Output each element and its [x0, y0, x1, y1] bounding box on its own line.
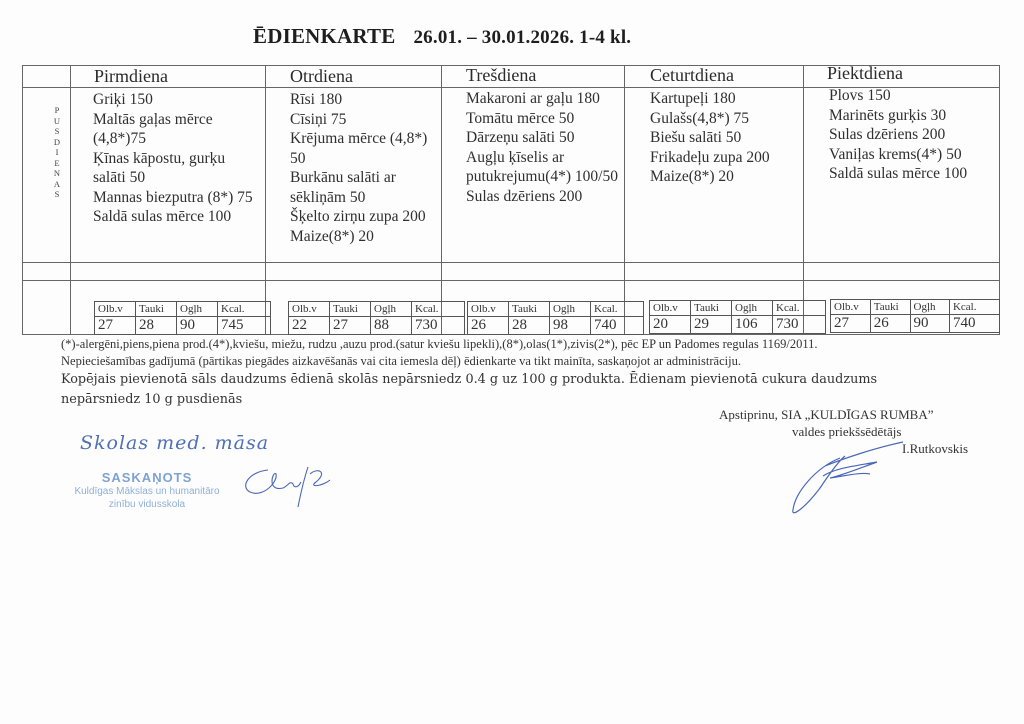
stamp-title: SASKAŅOTS: [52, 470, 242, 485]
menu-item: Sulas dzēriens 200: [829, 125, 967, 145]
stamp-school-line2: zinību vidusskola: [52, 498, 242, 511]
handwritten-nurse-note: Skolas med. māsa: [80, 432, 269, 454]
menu-item: Cīsiņi 75: [290, 110, 427, 130]
menu-item: Saldā sulas mērce 100: [93, 207, 253, 227]
menu-item: Šķelto zirņu zupa 200: [290, 207, 427, 227]
nutrition-header-oglh: Ogļh: [910, 300, 949, 315]
menu-item: Griķi 150: [93, 90, 253, 110]
menu-item: Sulas dzēriens 200: [466, 187, 618, 207]
nutrition-value-tauki: 26: [870, 315, 910, 333]
menu-item: salāti 50: [93, 168, 253, 188]
nutrition-value-kcal: 740: [949, 315, 999, 333]
nutrition-header-tauki: Tauki: [870, 300, 910, 315]
nutrition-value-tauki: 27: [330, 317, 371, 335]
menu-table: PUSDIENAS Pirmdiena Otrdiena Trešdiena C…: [22, 65, 1000, 335]
menu-item: Burkānu salāti ar: [290, 168, 427, 188]
meal-label-letter: S: [52, 189, 62, 200]
table-border-right: [999, 65, 1000, 335]
menu-item: Dārzeņu salāti 50: [466, 128, 618, 148]
nutrition-value-olb: 27: [95, 317, 136, 335]
table-col-divider: [803, 65, 804, 335]
menu-item: Maltās gaļas mērce: [93, 110, 253, 130]
menu-item: Frikadeļu zupa 200: [650, 148, 770, 168]
menu-item: Saldā sulas mērce 100: [829, 164, 967, 184]
nutrition-value-olb: 26: [468, 317, 509, 335]
menu-item: Rīsi 180: [290, 90, 427, 110]
table-col-divider: [441, 65, 442, 335]
nutrition-value-kcal: 730: [773, 316, 826, 334]
nutrition-table-tuesday: Olb.vTaukiOgļhKcal.222788730: [288, 301, 465, 335]
change-note: Nepieciešamības gadījumā (pārtikas piegā…: [61, 353, 877, 370]
menu-item: Kartupeļi 180: [650, 89, 770, 109]
nutrition-value-kcal: 745: [218, 317, 271, 335]
meal-label-letter: S: [52, 126, 62, 137]
nutrition-table-thursday: Olb.vTaukiOgļhKcal.2029106730: [649, 300, 826, 334]
day-items-tuesday: Rīsi 180Cīsiņi 75Krējuma mērce (4,8*)50B…: [290, 90, 427, 246]
day-items-friday: Plovs 150Marinēts gurķis 30Sulas dzērien…: [829, 86, 967, 184]
menu-item: Gulašs(4,8*) 75: [650, 109, 770, 129]
menu-item: Augļu ķīselis ar: [466, 148, 618, 168]
meal-label-letter: P: [52, 105, 62, 116]
stamp-school-line1: Kuldīgas Mākslas un humanitāro: [52, 485, 242, 498]
nutrition-table-monday: Olb.vTaukiOgļhKcal.272890745: [94, 301, 271, 335]
menu-item: (4,8*)75: [93, 129, 253, 149]
meal-label-letter: U: [52, 116, 62, 127]
nutrition-value-olb: 22: [289, 317, 330, 335]
day-items-thursday: Kartupeļi 180Gulašs(4,8*) 75Biešu salāti…: [650, 89, 770, 187]
nutrition-table-wednesday: Olb.vTaukiOgļhKcal.262898740: [467, 301, 644, 335]
nutrition-value-olb: 20: [650, 316, 691, 334]
nutrition-header-oglh: Ogļh: [550, 302, 591, 317]
menu-item: sēkliņām 50: [290, 188, 427, 208]
document-title: ĒDIENKARTE26.01. – 30.01.2026. 1-4 kl.: [253, 24, 631, 49]
menu-item: Marinēts gurķis 30: [829, 106, 967, 126]
nutrition-value-tauki: 28: [509, 317, 550, 335]
nutrition-value-tauki: 28: [136, 317, 177, 335]
table-col-divider: [624, 65, 625, 335]
menu-item: Makaroni ar gaļu 180: [466, 89, 618, 109]
nutrition-header-olb: Olb.v: [831, 300, 871, 315]
meal-label-letter: D: [52, 137, 62, 148]
table-row-divider: [22, 262, 1000, 263]
menu-item: Ķīnas kāpostu, gurķu: [93, 149, 253, 169]
meal-label-letter: A: [52, 179, 62, 190]
nutrition-value-oglh: 88: [371, 317, 412, 335]
day-header-wednesday: Trešdiena: [466, 65, 536, 86]
table-border-left: [22, 65, 23, 335]
nutrition-header-tauki: Tauki: [330, 302, 371, 317]
nutrition-header-kcal: Kcal.: [591, 302, 644, 317]
table-col-divider: [265, 65, 266, 335]
nutrition-header-tauki: Tauki: [691, 301, 732, 316]
menu-item: Biešu salāti 50: [650, 128, 770, 148]
footnotes: (*)-alergēni,piens,piena prod.(4*),kvieš…: [61, 336, 877, 410]
title-text: ĒDIENKARTE: [253, 24, 395, 48]
meal-label-letter: N: [52, 168, 62, 179]
day-items-monday: Griķi 150Maltās gaļas mērce(4,8*)75Ķīnas…: [93, 90, 253, 227]
menu-item: 50: [290, 149, 427, 169]
nutrition-header-olb: Olb.v: [289, 302, 330, 317]
nutrition-header-oglh: Ogļh: [732, 301, 773, 316]
nutrition-header-kcal: Kcal.: [773, 301, 826, 316]
nutrition-header-olb: Olb.v: [468, 302, 509, 317]
day-header-friday: Piektdiena: [827, 63, 903, 84]
menu-item: Vaniļas krems(4*) 50: [829, 145, 967, 165]
nutrition-header-kcal: Kcal.: [949, 300, 999, 315]
director-signature: [785, 438, 915, 518]
nutrition-header-tauki: Tauki: [509, 302, 550, 317]
table-row-divider: [22, 280, 1000, 281]
day-header-thursday: Ceturtdiena: [650, 65, 734, 86]
nutrition-value-oglh: 90: [910, 315, 949, 333]
nutrition-header-olb: Olb.v: [95, 302, 136, 317]
salt-note: Kopējais pievienotā sāls daudzums ēdienā…: [61, 370, 877, 390]
menu-item: Tomātu mērce 50: [466, 109, 618, 129]
day-header-tuesday: Otrdiena: [290, 66, 353, 87]
nutrition-value-kcal: 730: [412, 317, 465, 335]
nutrition-header-tauki: Tauki: [136, 302, 177, 317]
menu-item: Mannas biezputra (8*) 75: [93, 188, 253, 208]
menu-item: Krējuma mērce (4,8*): [290, 129, 427, 149]
approval-company: Apstiprinu, SIA „KULDĪGAS RUMBA”: [719, 406, 968, 423]
nutrition-header-oglh: Ogļh: [177, 302, 218, 317]
nutrition-value-kcal: 740: [591, 317, 644, 335]
meal-label-pusdienas: PUSDIENAS: [52, 105, 62, 200]
meal-label-letter: E: [52, 158, 62, 169]
nutrition-value-oglh: 90: [177, 317, 218, 335]
menu-item: Maize(8*) 20: [290, 227, 427, 247]
menu-item: Maize(8*) 20: [650, 167, 770, 187]
allergen-note: (*)-alergēni,piens,piena prod.(4*),kvieš…: [61, 336, 877, 353]
nutrition-value-oglh: 98: [550, 317, 591, 335]
menu-item: putukrejumu(4*) 100/50: [466, 167, 618, 187]
day-header-monday: Pirmdiena: [94, 66, 168, 87]
day-items-wednesday: Makaroni ar gaļu 180Tomātu mērce 50Dārze…: [466, 89, 618, 206]
nutrition-value-oglh: 106: [732, 316, 773, 334]
approval-stamp: SASKAŅOTS Kuldīgas Mākslas un humanitāro…: [52, 470, 242, 511]
title-period: 26.01. – 30.01.2026. 1-4 kl.: [413, 27, 631, 48]
nutrition-header-kcal: Kcal.: [218, 302, 271, 317]
menu-item: Plovs 150: [829, 86, 967, 106]
nutrition-header-oglh: Ogļh: [371, 302, 412, 317]
nurse-signature: [238, 462, 338, 512]
nutrition-header-olb: Olb.v: [650, 301, 691, 316]
nutrition-value-olb: 27: [831, 315, 871, 333]
nutrition-header-kcal: Kcal.: [412, 302, 465, 317]
nutrition-value-tauki: 29: [691, 316, 732, 334]
meal-label-letter: I: [52, 147, 62, 158]
nutrition-table-friday: Olb.vTaukiOgļhKcal.272690740: [830, 299, 1000, 333]
table-col-divider: [70, 65, 71, 335]
